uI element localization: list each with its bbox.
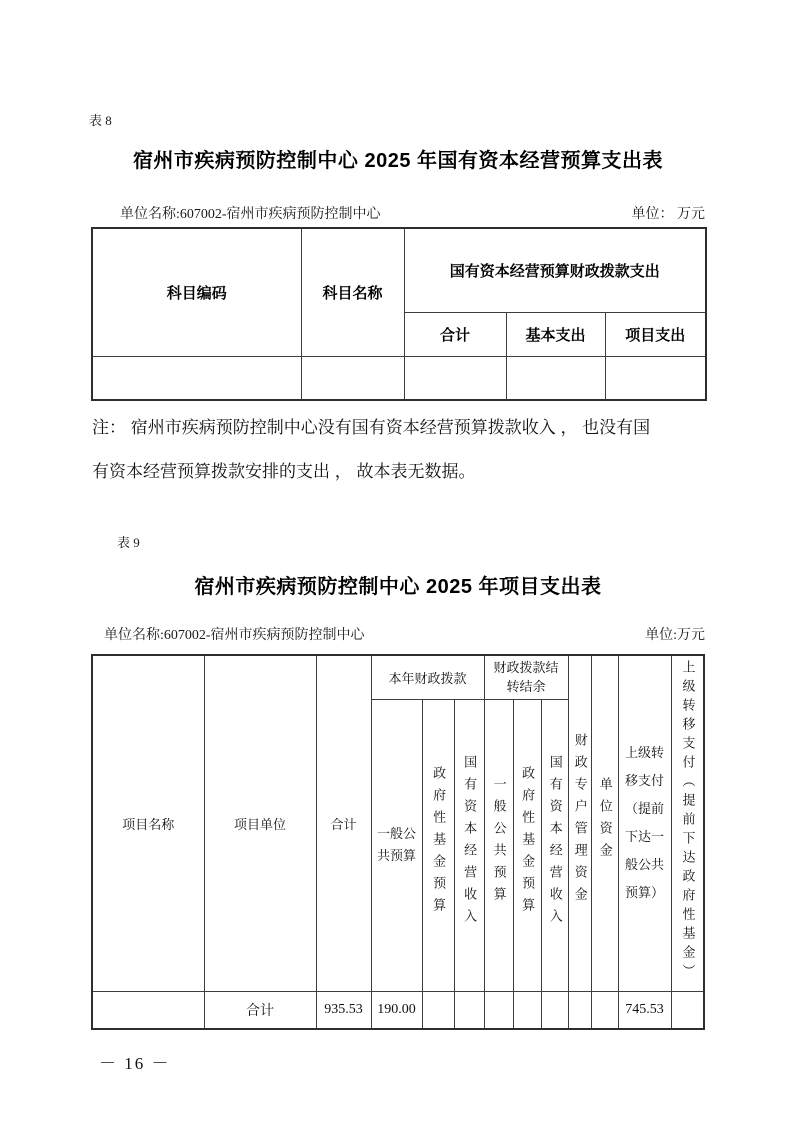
table9-unit-name: 单位名称:607002-宿州市疾病预防控制中心 xyxy=(91,624,365,644)
table9-header-fiscal-special-account: 财政专户管理资金 xyxy=(568,655,591,991)
table9-header-unit-funds-label: 单位资金 xyxy=(597,777,611,865)
table9-header-row-1: 项目名称 项目单位 合计 本年财政拨款 财政拨款结 转结余 财政专户管理资金 单… xyxy=(92,655,704,699)
table9-header-transfer-gov-fund: 上级转移支付（提前下达政府性基金） xyxy=(671,655,704,991)
table9-header-current-state-capital-label: 国有资本经营收入 xyxy=(462,755,476,931)
table9-header-carry-gov-fund: 政府性基金预算 xyxy=(513,699,541,991)
table9-header-fiscal-special-account-label: 财政专户管理资金 xyxy=(572,733,586,909)
table8: 科目编码 科目名称 国有资本经营预算财政拨款支出 合计 基本支出 项目支出 xyxy=(91,227,707,401)
table9-unit-label: 单位:万元 xyxy=(645,624,705,644)
table9-label: 表 9 xyxy=(117,532,140,551)
table9-cell-project-name xyxy=(92,991,204,1029)
table8-unit-name: 单位名称:607002-宿州市疾病预防控制中心 xyxy=(91,203,381,223)
table8-unit-label: 单位： 万元 xyxy=(632,203,706,223)
table8-header-subject-code: 科目编码 xyxy=(92,228,301,356)
table9-header-transfer-general-label: 上级转 移支付 （提前 下达一 般公共 预算） xyxy=(619,739,671,907)
table8-cell-subject-name xyxy=(301,356,404,400)
table9-header-carry-general-public-label: 一般公共预算 xyxy=(491,777,505,909)
table9-header-group-carryover: 财政拨款结 转结余 xyxy=(484,655,568,699)
table9-header-current-gov-fund-label: 政府性基金预算 xyxy=(431,766,445,920)
table9-cell-total: 935.53 xyxy=(316,991,371,1029)
table9: 项目名称 项目单位 合计 本年财政拨款 财政拨款结 转结余 财政专户管理资金 单… xyxy=(91,654,705,1030)
table9-cell-carry-state-capital xyxy=(541,991,568,1029)
table8-cell-project-expense xyxy=(605,356,706,400)
table8-cell-total xyxy=(404,356,506,400)
table9-header-group-current-year: 本年财政拨款 xyxy=(371,655,484,699)
table9-cell-current-gov-fund xyxy=(422,991,454,1029)
table8-header-basic-expense: 基本支出 xyxy=(506,312,605,356)
table8-data-row xyxy=(92,356,706,400)
document-page: 表 8 宿州市疾病预防控制中心 2025 年国有资本经营预算支出表 单位名称:6… xyxy=(0,0,793,1122)
table9-header-carry-state-capital: 国有资本经营收入 xyxy=(541,699,568,991)
table9-cell-current-state-capital xyxy=(454,991,484,1029)
table8-note: 注： 宿州市疾病预防控制中心没有国有资本经营预算拨款收入 ， 也没有国 有资本经… xyxy=(92,406,708,494)
table8-label: 表 8 xyxy=(89,110,112,129)
table8-header-row-1: 科目编码 科目名称 国有资本经营预算财政拨款支出 xyxy=(92,228,706,312)
table9-header-current-general-public-label: 一般公 共预算 xyxy=(372,823,422,867)
table9-cell-carry-gov-fund xyxy=(513,991,541,1029)
table9-header-transfer-gov-fund-label: 上级转移支付（提前下达政府性基金） xyxy=(680,660,694,983)
table9-cell-carry-general-public xyxy=(484,991,513,1029)
table9-cell-fiscal-special-account xyxy=(568,991,591,1029)
table9-cell-unit-funds xyxy=(591,991,618,1029)
table9-header-carry-general-public: 一般公共预算 xyxy=(484,699,513,991)
table9-header-group-carryover-label: 财政拨款结 转结余 xyxy=(485,658,568,696)
table9-header-current-state-capital: 国有资本经营收入 xyxy=(454,699,484,991)
table8-title: 宿州市疾病预防控制中心 2025 年国有资本经营预算支出表 xyxy=(91,144,705,173)
table9-header-project-name: 项目名称 xyxy=(92,655,204,991)
table9-cell-transfer-general: 745.53 xyxy=(618,991,671,1029)
table9-header-current-general-public: 一般公 共预算 xyxy=(371,699,422,991)
table9-header-project-unit: 项目单位 xyxy=(204,655,316,991)
table9-cell-project-unit: 合计 xyxy=(204,991,316,1029)
table9-header-total: 合计 xyxy=(316,655,371,991)
table8-header-project-expense: 项目支出 xyxy=(605,312,706,356)
table8-header-total: 合计 xyxy=(404,312,506,356)
table9-title: 宿州市疾病预防控制中心 2025 年项目支出表 xyxy=(91,570,705,599)
page-number: － 16 － xyxy=(99,1049,171,1074)
table8-cell-subject-code xyxy=(92,356,301,400)
table9-cell-transfer-gov-fund xyxy=(671,991,704,1029)
table9-cell-current-general-public: 190.00 xyxy=(371,991,422,1029)
table8-header-group: 国有资本经营预算财政拨款支出 xyxy=(404,228,706,312)
table9-total-row: 合计 935.53 190.00 745.53 xyxy=(92,991,704,1029)
table9-header-current-gov-fund: 政府性基金预算 xyxy=(422,699,454,991)
table9-header-unit-funds: 单位资金 xyxy=(591,655,618,991)
table9-header-carry-gov-fund-label: 政府性基金预算 xyxy=(520,766,534,920)
table8-unit-row: 单位名称:607002-宿州市疾病预防控制中心 单位： 万元 xyxy=(91,203,705,223)
table9-header-transfer-general: 上级转 移支付 （提前 下达一 般公共 预算） xyxy=(618,655,671,991)
table8-cell-basic-expense xyxy=(506,356,605,400)
table9-header-carry-state-capital-label: 国有资本经营收入 xyxy=(547,755,561,931)
table9-unit-row: 单位名称:607002-宿州市疾病预防控制中心 单位:万元 xyxy=(91,624,705,644)
table8-header-subject-name: 科目名称 xyxy=(301,228,404,356)
